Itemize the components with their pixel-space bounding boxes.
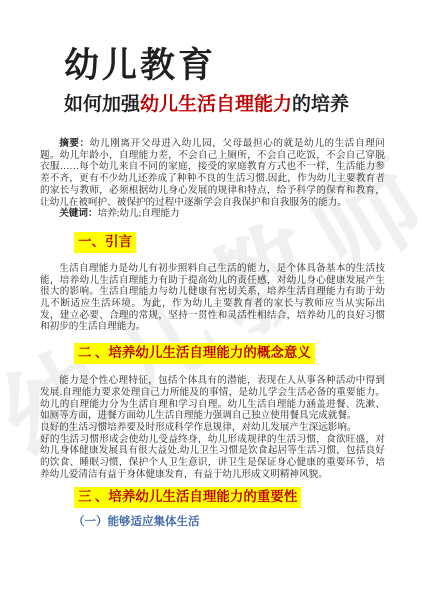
subtitle-prefix: 如何加强 — [64, 94, 140, 115]
keywords-text: 培养;幼儿;自理能力 — [98, 208, 180, 219]
section-heading-introduction: 一、引言 — [74, 232, 136, 253]
subtitle-suffix: 的培养 — [292, 94, 349, 115]
section-paragraph: 好的生活习惯形成会使幼儿受益终身，幼儿形成规律的生活习惯，食欲旺盛，对幼儿身体健… — [40, 434, 385, 481]
page-title: 幼儿教育 — [64, 46, 385, 86]
abstract-text: 幼儿刚离开父母进入幼儿园，父母最担心的就是幼儿的生活自理问题。幼儿年龄小，自理能… — [40, 138, 385, 208]
section-paragraph: 良好的生活习惯培养要及时形成科学作息规律，对幼儿发展产生深远影响。 — [40, 422, 385, 434]
subsection-heading-collective-life: （一）能够适应集体生活 — [73, 515, 385, 529]
section-paragraph: 能力是个性心理特征，包括个体具有的潜能，表现在人从事各种活动中得到发展.自理能力… — [40, 375, 385, 422]
keywords-line: 关键词：培养;幼儿;自理能力 — [40, 208, 385, 220]
section-heading-concept: 二 、培养幼儿生活自理能力的概念意义 — [74, 343, 315, 364]
subtitle-highlight: 幼儿生活自理能力 — [140, 94, 292, 115]
section-heading-importance: 三 、培养幼儿生活自理能力的重要性 — [74, 487, 301, 508]
abstract-paragraph: 摘要：幼儿刚离开父母进入幼儿园，父母最担心的就是幼儿的生活自理问题。幼儿年龄小，… — [40, 138, 385, 208]
page-subtitle: 如何加强幼儿生活自理能力的培养 — [64, 93, 385, 117]
document-page: 幼儿教师 幼儿教育 如何加强幼儿生活自理能力的培养 摘要：幼儿刚离开父母进入幼儿… — [0, 0, 424, 600]
document-content: 幼儿教育 如何加强幼儿生活自理能力的培养 摘要：幼儿刚离开父母进入幼儿园，父母最… — [40, 0, 385, 529]
keywords-label: 关键词： — [59, 208, 97, 219]
abstract-label: 摘要： — [59, 138, 90, 149]
section-paragraph: 生活自理能力是幼儿有初步照料自己生活的能力，是个体具备基本的生活技能，培养幼儿生… — [40, 263, 385, 333]
